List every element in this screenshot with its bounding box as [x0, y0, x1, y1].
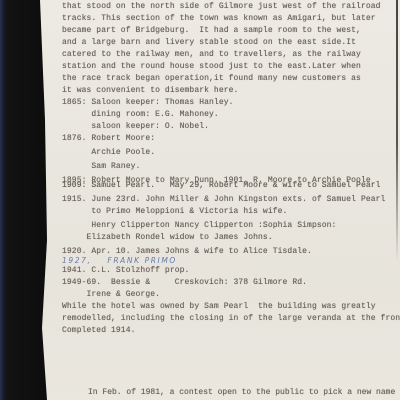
- typed-line: and a large barn and livery stable stood…: [62, 37, 392, 49]
- typed-line: 1909: Samuel Pearl. May 29, Robert Moore…: [62, 180, 392, 192]
- typed-line: it was convenient to disembark here.: [62, 85, 392, 97]
- typed-line: 1941. C.L. Stolzhoff prop.: [62, 265, 392, 277]
- typed-line: the race track began operation,it found …: [62, 73, 392, 85]
- typed-line: Elizabeth Rondel widow to James Johns.: [62, 232, 392, 244]
- footer-text-line: In Feb. of 1981, a contest open to the p…: [88, 388, 400, 397]
- typed-line: 1915. June 23rd. John Miller & John King…: [62, 194, 392, 206]
- scan-left-border: [0, 0, 48, 400]
- typed-line: that stood on the north side of Gilmore …: [62, 1, 392, 13]
- typed-line: 1876. Robert Moore:: [62, 133, 392, 145]
- typed-line: Completed 1914.: [62, 325, 392, 337]
- typed-line: 1865: Saloon keeper: Thomas Hanley.: [62, 97, 392, 109]
- scanned-document: that stood on the north side of Gilmore …: [0, 0, 400, 400]
- document-page: that stood on the north side of Gilmore …: [40, 0, 400, 400]
- typed-line: Sam Raney.: [62, 161, 392, 173]
- typed-line: to Primo Meloppioni & Victoria his wife.: [62, 206, 392, 218]
- typed-lines: that stood on the north side of Gilmore …: [62, 1, 392, 337]
- typed-line: Archie Poole.: [62, 147, 392, 159]
- typed-line: While the hotel was owned by Sam Pearl t…: [62, 301, 392, 313]
- typed-line: saloon keeper: O. Nobel.: [62, 121, 392, 133]
- typed-line: tracks. This section of the town was kno…: [62, 13, 392, 25]
- typed-line: catered to the railway men, and to trave…: [62, 49, 392, 61]
- typed-line: Henry Clipperton Nancy Clipperton :Sophi…: [62, 220, 392, 232]
- page-edge-shadow: [396, 0, 398, 262]
- typed-line: remodelled, including the closing in of …: [62, 313, 392, 325]
- typed-line: Irene & George.: [62, 289, 392, 301]
- typed-line: station and the round house stood just t…: [62, 61, 392, 73]
- typed-line: became part of Bridgeburg. It had a samp…: [62, 25, 392, 37]
- typed-line: dining room: E.G. Mahoney.: [62, 109, 392, 121]
- typed-line: 1949-69. Bessie & Creskovich: 378 Gilmor…: [62, 277, 392, 289]
